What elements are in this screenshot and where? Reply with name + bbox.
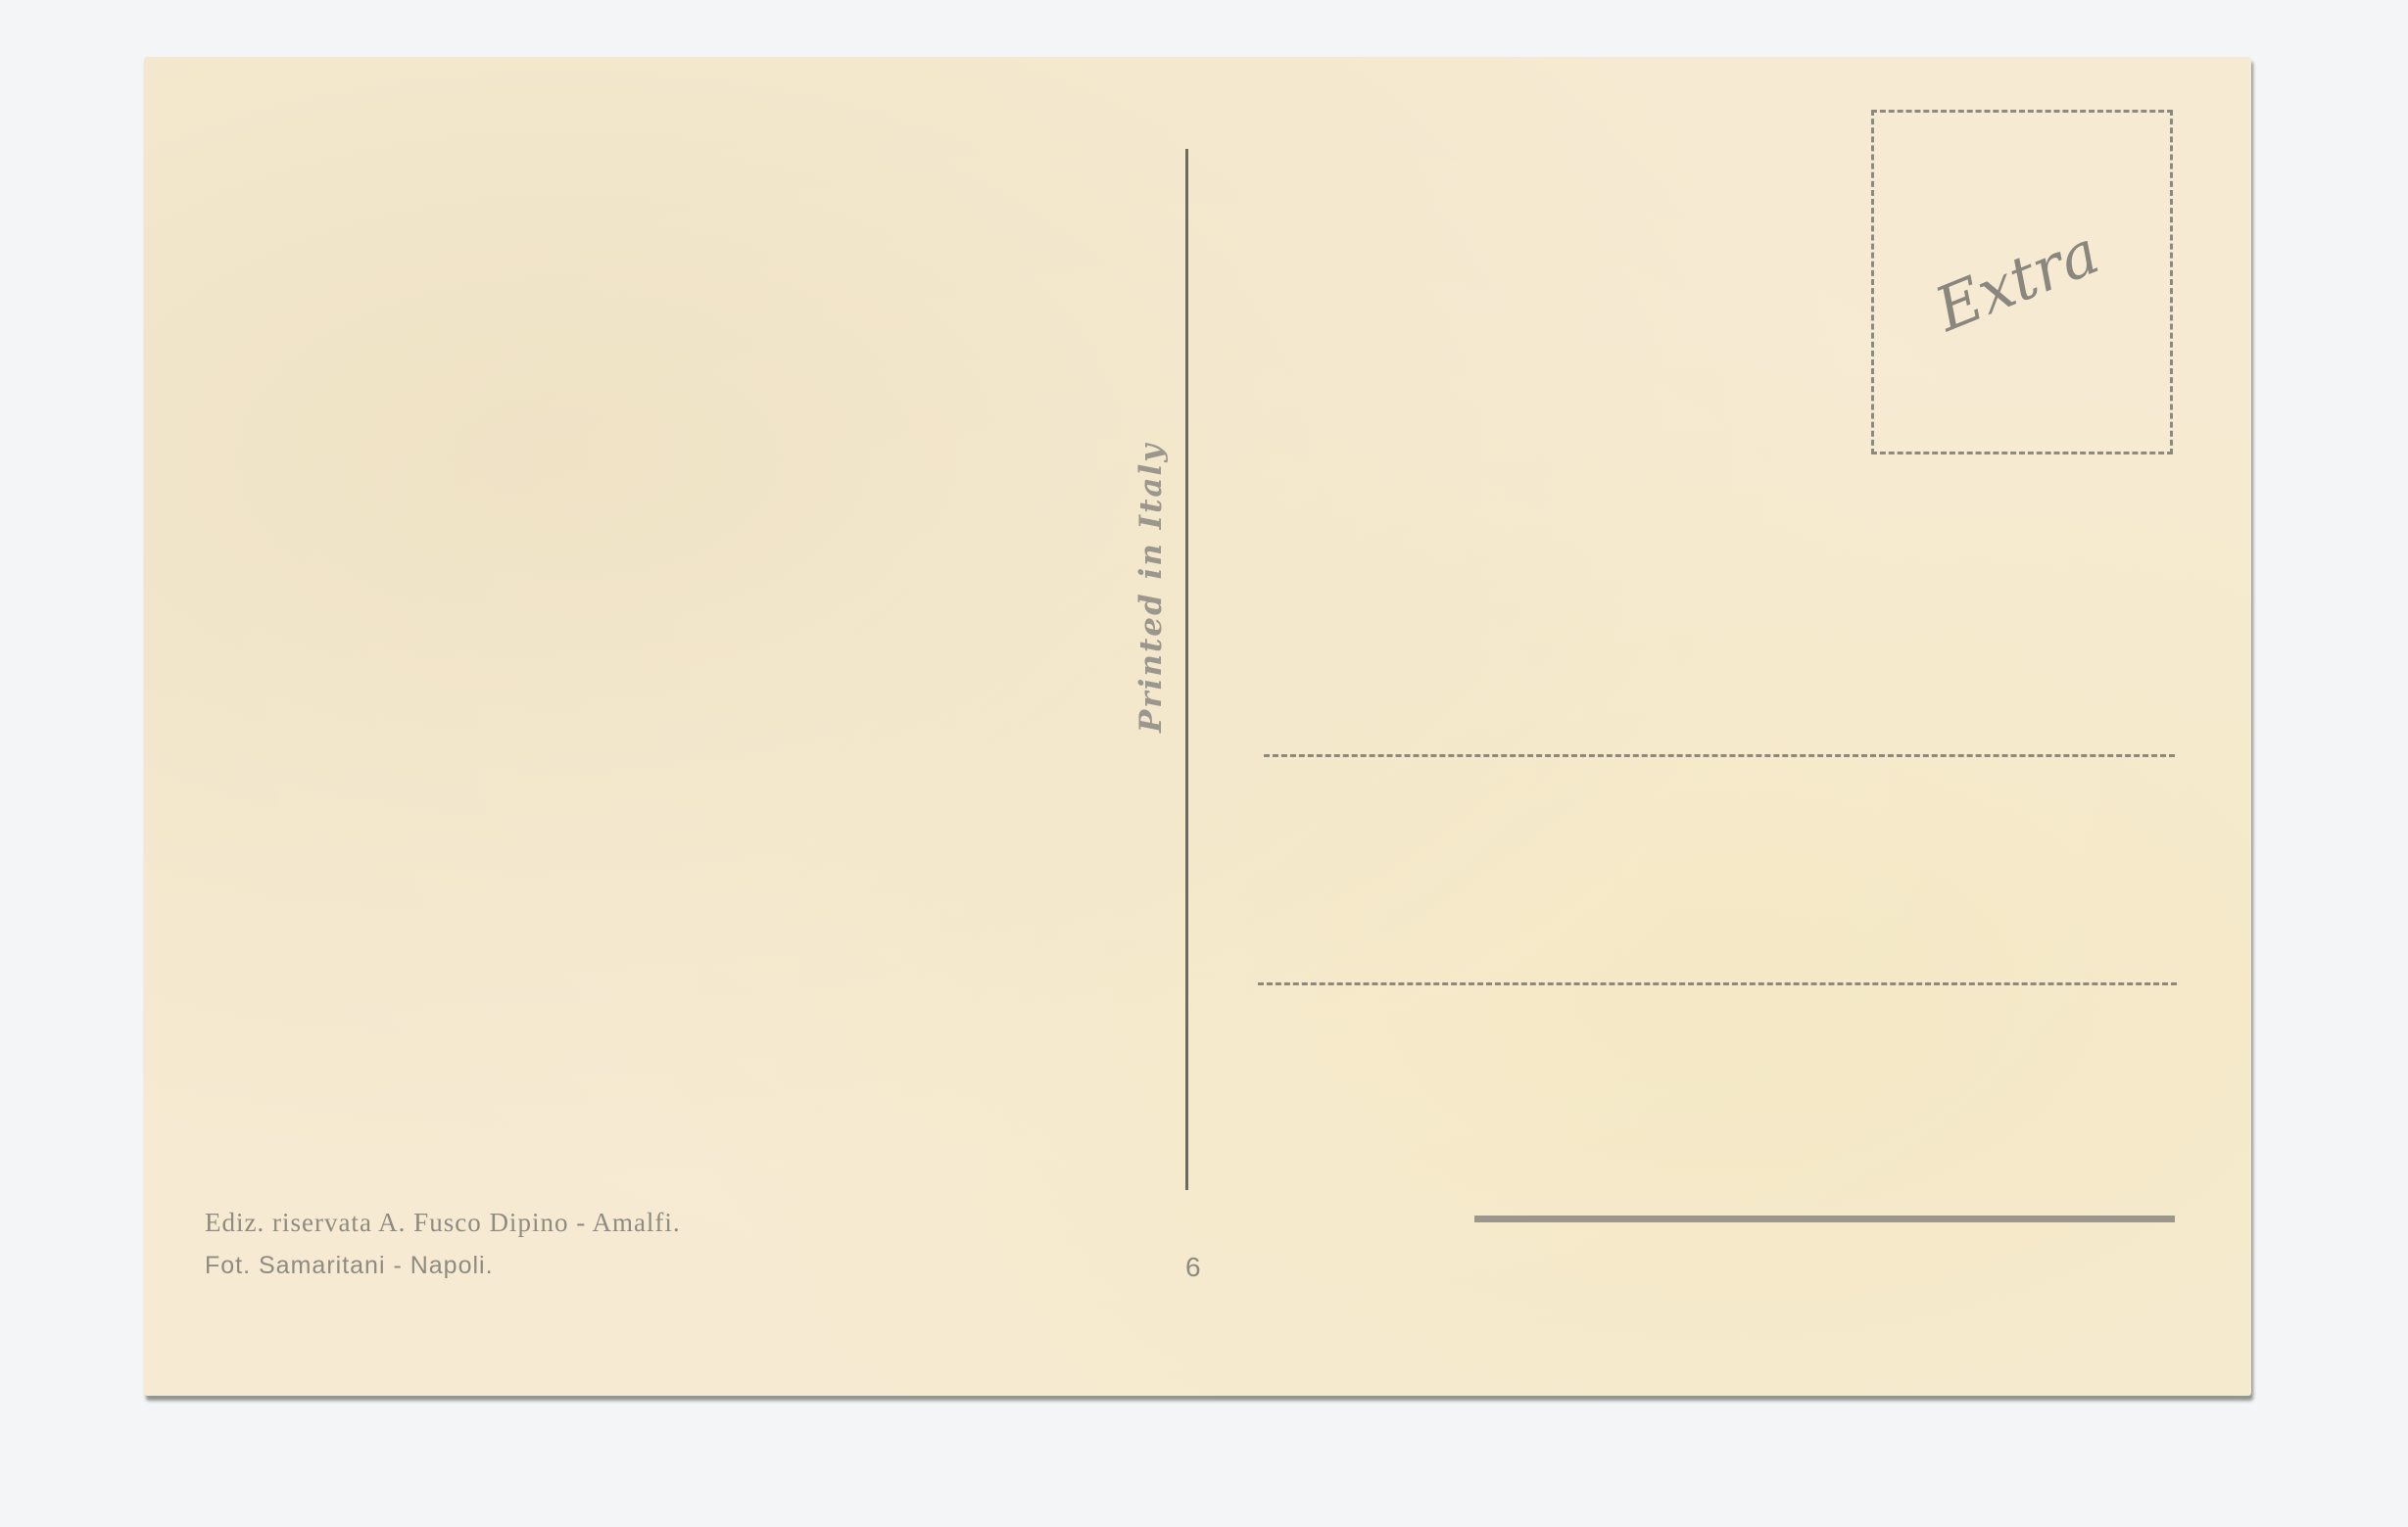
publisher-credit: Ediz. riservata A. Fusco Dipino - Amalfi…	[205, 1208, 681, 1238]
address-line-3-solid	[1474, 1216, 2175, 1222]
center-divider-line	[1185, 149, 1188, 1190]
printed-in-italy-text: Printed in Italy	[1133, 443, 1169, 733]
card-number: 6	[1185, 1252, 1201, 1283]
stamp-box-label: Extra	[1926, 215, 2109, 345]
photographer-credit: Fot. Samaritani - Napoli.	[205, 1252, 494, 1280]
address-line-1	[1264, 754, 2175, 757]
stamp-box: Extra	[1871, 110, 2173, 454]
address-line-2	[1258, 982, 2177, 985]
postcard-back: Printed in Italy Extra Ediz. riservata A…	[144, 57, 2251, 1396]
